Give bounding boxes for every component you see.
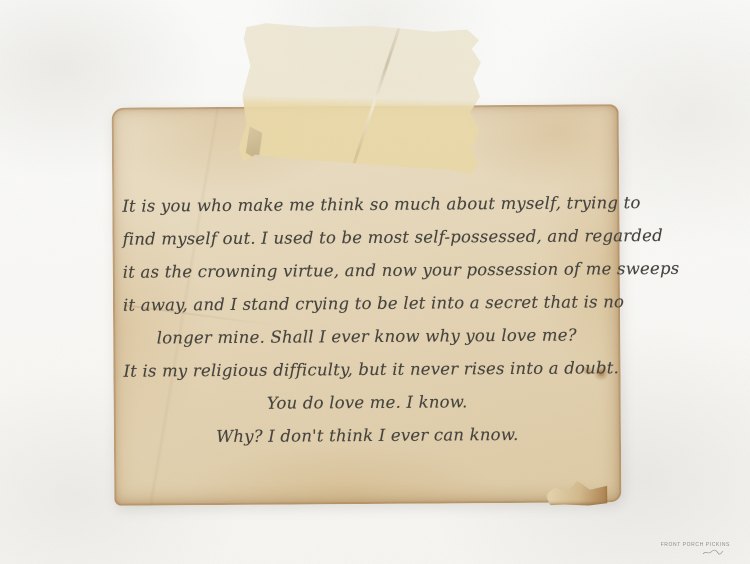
letter-line-4: it away, and I stand crying to be let in… <box>123 285 610 321</box>
letter-line-1: It is you who make me think so much abou… <box>122 186 609 222</box>
tape-strip <box>238 21 482 175</box>
letter-line-2: find myself out. I used to be most self-… <box>122 219 609 255</box>
paper-corner-tear <box>545 477 607 505</box>
letter-paper: It is you who make me think so much abou… <box>112 104 622 506</box>
letter-line-6: It is my religious difficulty, but it ne… <box>123 351 610 387</box>
signature-flourish <box>702 549 724 556</box>
brand-credit-text: FRONT PORCH PICKINS <box>661 542 730 548</box>
artwork-canvas: It is you who make me think so much abou… <box>0 0 750 564</box>
tape-crease <box>345 11 406 187</box>
letter-line-5: longer mine. Shall I ever know why you l… <box>123 318 610 354</box>
letter-text: It is you who make me think so much abou… <box>122 186 611 453</box>
letter-line-3: it as the crowning virtue, and now your … <box>123 252 610 288</box>
letter-line-8: Why? I don't think I ever can know. <box>124 417 611 453</box>
letter-line-7: You do love me. I know. <box>124 384 611 420</box>
brand-credit: FRONT PORCH PICKINS <box>661 542 730 556</box>
